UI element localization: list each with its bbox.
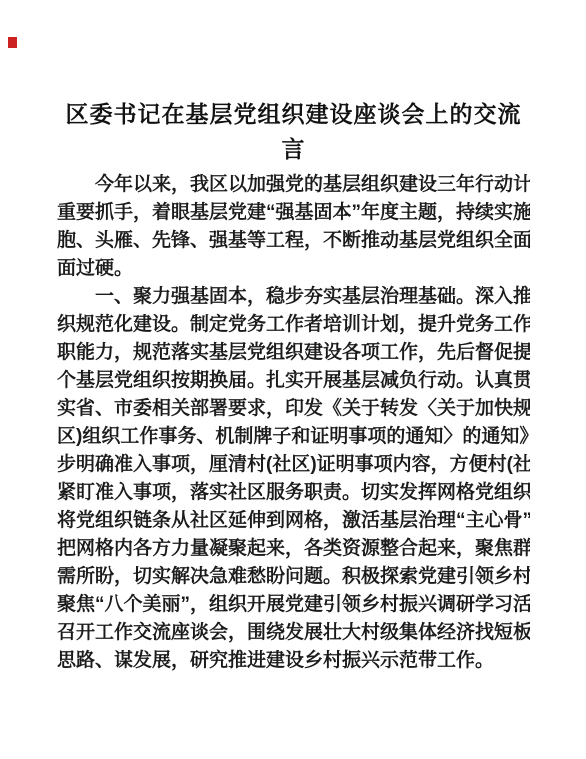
paragraph: 今年以来，我区以加强党的基层组织建设三年行动计划为 重要抓手，着眼基层党建“强基…	[57, 171, 530, 283]
text-line: 实省、市委相关部署要求，印发《关于转发〈关于加快规范村(社	[57, 395, 530, 423]
document-title: 区委书记在基层党组织建设座谈会上的交流发 言	[57, 97, 530, 167]
text-line: 紧盯准入事项，落实社区服务职责。切实发挥网格党组织作用。	[57, 479, 530, 507]
text-line: 思路、谋发展，研究推进建设乡村振兴示范带工作。	[57, 647, 530, 675]
text-line: 区)组织工作事务、机制牌子和证明事项的通知〉的通知》，进一	[57, 423, 530, 451]
document-content: 区委书记在基层党组织建设座谈会上的交流发 言 今年以来，我区以加强党的基层组织建…	[57, 97, 530, 675]
title-line: 言	[57, 132, 530, 167]
text-line: 重要抓手，着眼基层党建“强基固本”年度主题，持续实施细	[57, 199, 530, 227]
text-line: 聚焦“八个美丽”，组织开展党建引领乡村振兴调研学习活动，	[57, 591, 530, 619]
title-line: 区委书记在基层党组织建设座谈会上的交流发	[57, 97, 530, 132]
text-line: 面过硬。	[57, 255, 530, 283]
text-line: 胞、头雁、先锋、强基等工程，不断推动基层党组织全面进步全	[57, 227, 530, 255]
text-line: 需所盼，切实解决急难愁盼问题。积极探索党建引领乡村振兴。	[57, 563, 530, 591]
red-marker	[8, 37, 17, 48]
text-line: 个基层党组织按期换届。扎实开展基层减负行动。认真贯彻落	[57, 367, 530, 395]
paragraph: 一、聚力强基固本，稳步夯实基层治理基础。深入推进党组 织规范化建设。制定党务工作…	[57, 283, 530, 675]
text-line: 今年以来，我区以加强党的基层组织建设三年行动计划为	[57, 171, 530, 199]
document-page: 区委书记在基层党组织建设座谈会上的交流发 言 今年以来，我区以加强党的基层组织建…	[0, 0, 586, 759]
text-line: 职能力，规范落实基层党组织建设各项工作，先后督促提醒 87	[57, 339, 530, 367]
text-line: 一、聚力强基固本，稳步夯实基层治理基础。深入推进党组	[57, 283, 530, 311]
text-line: 将党组织链条从社区延伸到网格，激活基层治理“主心骨”，	[57, 507, 530, 535]
text-line: 织规范化建设。制定党务工作者培训计划，提升党务工作者履	[57, 311, 530, 339]
text-line: 召开工作交流座谈会，围绕发展壮大村级集体经济找短板、明	[57, 619, 530, 647]
text-line: 步明确准入事项，厘清村(社区)证明事项内容，方便村(社区)	[57, 451, 530, 479]
text-line: 把网格内各方力量凝聚起来，各类资源整合起来，聚焦群众所	[57, 535, 530, 563]
